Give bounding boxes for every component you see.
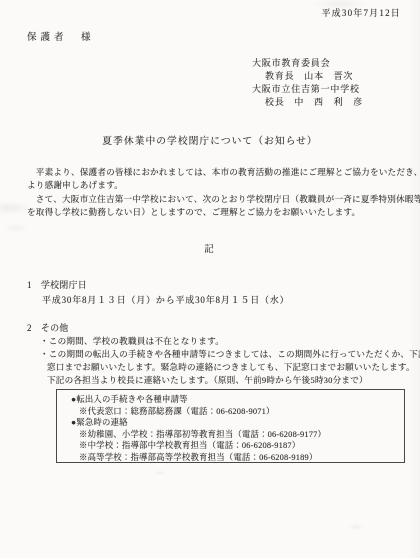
scanned-letter-page: 平成30年7月12日 保護者 様 大阪市教育委員会 教育長 山本 晋次 大阪市立…: [0, 0, 420, 558]
intro-paragraph-line: さて、大阪市立住吉第一中学校において、次のとおり学校閉庁日（教職員が一斉に夏季特…: [27, 195, 420, 204]
sender-block: 大阪市教育委員会 教育長 山本 晋次 大阪市立住吉第一中学校 校長 中 西 利 …: [252, 57, 363, 109]
section2-note-line: ・この期間の転出入の手続きや各種申請等につきましては、この期間外に行っていただく…: [40, 350, 420, 359]
record-marker: 記: [0, 246, 420, 256]
document-date: 平成30年7月12日: [321, 9, 401, 18]
closure-period: 平成30年8月１３日（月）から平成30年8月１５日（水）: [42, 296, 289, 305]
sender-organization: 大阪市教育委員会: [252, 57, 363, 70]
contact-box-line: ●緊急時の連絡: [57, 417, 404, 429]
section2-heading: 2 その他: [27, 324, 69, 333]
recipient-line: 保護者 様: [27, 34, 95, 44]
contact-box-line: ※幼稚園、小学校：指導部初等教育担当（電話：06-6208-9177）: [57, 429, 404, 441]
contact-info-box: ●転出入の手続きや各種申請等 ※代表窓口：総務部総務課（電話：06-6208-9…: [56, 389, 405, 463]
contact-box-line: ※中学校：指導部中学校教育担当（電話：06-6208-9187）: [57, 440, 404, 452]
intro-paragraph-line: を取得し学校に勤務しない日）としますので、ご理解とご協力をお願いいたします。: [27, 208, 360, 217]
section2-note-line: 窓口までお願いいたします。緊急時の連絡につきましても、下記窓口までお願いいたしま…: [47, 363, 415, 372]
sender-principal: 校長 中 西 利 彦: [252, 96, 363, 109]
sender-school: 大阪市立住吉第一中学校: [252, 83, 363, 96]
section2-note-line: 下記の各担当より校長に連絡いたします。（原則、午前9時から午後5時30分まで）: [47, 376, 368, 385]
sender-superintendent: 教育長 山本 晋次: [252, 70, 363, 83]
contact-box-line: ※代表窓口：総務部総務課（電話：06-6208-9071）: [57, 406, 404, 418]
section2-note-line: ・この期間、学校の教職員は不在となります。: [40, 337, 224, 346]
section1-heading: 1 学校閉庁日: [27, 281, 87, 290]
document-title: 夏季休業中の学校閉庁について（お知らせ）: [0, 137, 420, 147]
contact-box-line: ●転出入の手続きや各種申請等: [57, 394, 404, 406]
intro-paragraph-line: より感謝申しあげます。: [27, 181, 123, 190]
intro-paragraph-line: 平素より、保護者の皆様におかれましては、本市の教育活動の推進にご理解とご協力をい…: [27, 168, 420, 177]
contact-box-line: ※高等学校：指導部高等学校教育担当（電話：06-6208-9189）: [57, 452, 404, 464]
